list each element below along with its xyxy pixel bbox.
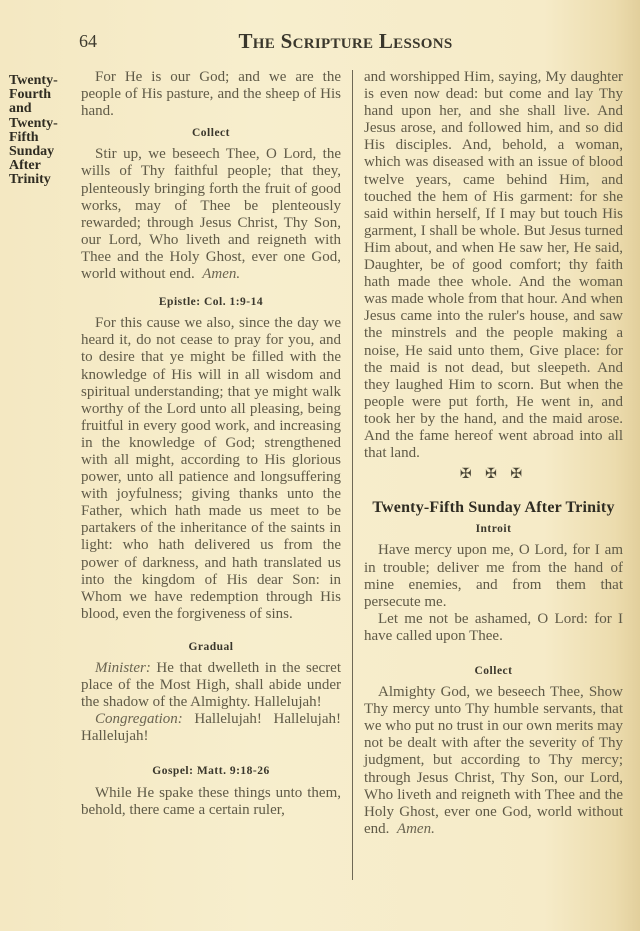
right-column: and worshipped Him, saying, My daughter … bbox=[364, 69, 623, 838]
congregation-label: Congregation: bbox=[95, 711, 183, 727]
opening-paragraph: For He is our God; and we are the people… bbox=[81, 69, 341, 120]
collect-heading: Collect bbox=[81, 125, 341, 142]
collect-paragraph: Stir up, we beseech Thee, O Lord, the wi… bbox=[81, 146, 341, 283]
gospel-text-start: While He spake these things unto them, b… bbox=[81, 785, 341, 819]
introit-paragraph-1: Have mercy upon me, O Lord, for I am in … bbox=[364, 542, 623, 610]
section-title: Twenty-Fifth Sunday After Trinity bbox=[364, 499, 623, 516]
collect-text: Almighty God, we beseech Thee, Show Thy … bbox=[364, 684, 623, 837]
page-number: 64 bbox=[79, 31, 97, 52]
sidenote-line: Fifth bbox=[9, 131, 73, 145]
sidenote-line: Twenty- bbox=[9, 74, 73, 88]
sidenote-line: Trinity bbox=[9, 173, 73, 187]
sidenote-line: and bbox=[9, 102, 73, 116]
amen: Amen. bbox=[202, 266, 240, 282]
column-divider bbox=[352, 70, 353, 880]
sidenote-line: Fourth bbox=[9, 88, 73, 102]
collect-heading: Collect bbox=[364, 663, 623, 680]
gospel-heading: Gospel: Matt. 9:18-26 bbox=[81, 763, 341, 780]
sidenote-line: Twenty- bbox=[9, 117, 73, 131]
gradual-minister: Minister: He that dwelleth in the secret… bbox=[81, 660, 341, 711]
epistle-text: For this cause we also, since the day we… bbox=[81, 315, 341, 623]
introit-paragraph-2: Let me not be ashamed, O Lord: for I hav… bbox=[364, 611, 623, 645]
gospel-continued: and worshipped Him, saying, My daughter … bbox=[364, 69, 623, 462]
left-column: For He is our God; and we are the people… bbox=[81, 69, 341, 819]
amen: Amen. bbox=[397, 821, 435, 837]
epistle-heading: Epistle: Col. 1:9-14 bbox=[81, 294, 341, 311]
running-title: The Scripture Lessons bbox=[228, 29, 463, 54]
introit-heading: Introit bbox=[364, 521, 623, 538]
gradual-heading: Gradual bbox=[81, 639, 341, 656]
collect-text: Stir up, we beseech Thee, O Lord, the wi… bbox=[81, 146, 341, 282]
sidenote-line: After bbox=[9, 159, 73, 173]
gradual-congregation: Congregation: Hallelujah! Hallelujah! Ha… bbox=[81, 711, 341, 745]
collect-paragraph: Almighty God, we beseech Thee, Show Thy … bbox=[364, 684, 623, 838]
cross-ornament: ✠ ✠ ✠ bbox=[364, 466, 623, 483]
sidenote-line: Sunday bbox=[9, 145, 73, 159]
sidenote: Twenty- Fourth and Twenty- Fifth Sunday … bbox=[9, 74, 73, 188]
minister-label: Minister: bbox=[95, 660, 151, 676]
